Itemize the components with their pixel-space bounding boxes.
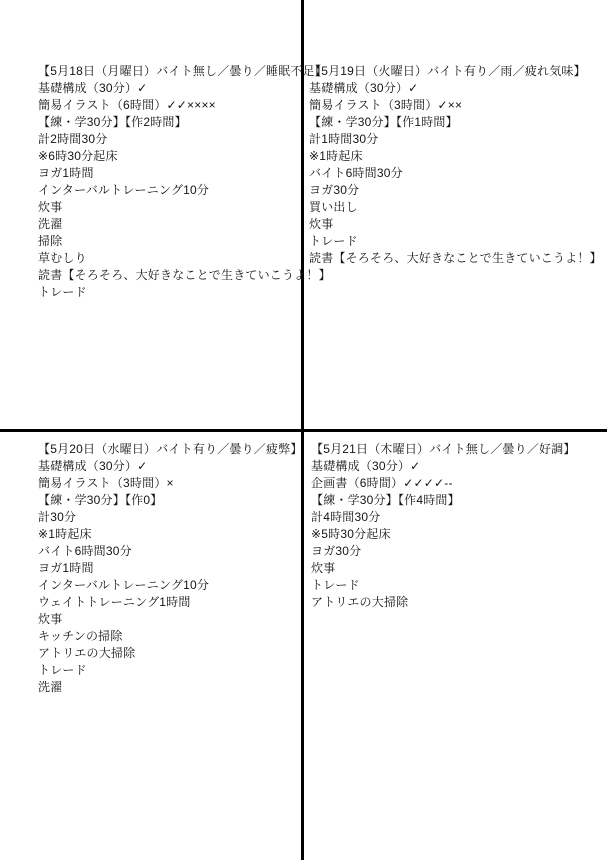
entry-line: バイト6時間30分	[309, 165, 602, 182]
entry-line: 簡易イラスト（6時間）✓✓××××	[38, 97, 331, 114]
entry-line: 読書【そろそろ、大好きなことで生きていこうよ！】	[38, 267, 331, 284]
entry-header: 【5月19日（火曜日）バイト有り／雨／疲れ気味】	[309, 63, 602, 80]
entry-line: トレード	[309, 233, 602, 250]
entry-line: 買い出し	[309, 199, 602, 216]
journal-page: 【5月18日（月曜日）バイト無し／曇り／睡眠不足】 基礎構成（30分）✓簡易イラ…	[0, 0, 607, 860]
entry-lines: 基礎構成（30分）✓簡易イラスト（6時間）✓✓××××【練・学30分】【作2時間…	[38, 80, 331, 301]
entry-line: 基礎構成（30分）✓	[38, 458, 303, 475]
entry-line: ※1時起床	[309, 148, 602, 165]
entry-line: トレード	[38, 662, 303, 679]
entry-header: 【5月21日（木曜日）バイト無し／曇り／好調】	[311, 441, 576, 458]
entry-line: ウェイトトレーニング1時間	[38, 594, 303, 611]
entry-line: ヨガ30分	[311, 543, 576, 560]
entry-line: 【練・学30分】【作0】	[38, 492, 303, 509]
entry-lines: 基礎構成（30分）✓簡易イラスト（3時間）×【練・学30分】【作0】計30分※1…	[38, 458, 303, 696]
entry-line: 【練・学30分】【作2時間】	[38, 114, 331, 131]
entry-line: 簡易イラスト（3時間）✓××	[309, 97, 602, 114]
entry-line: ※6時30分起床	[38, 148, 331, 165]
entry-line: インターバルトレーニング10分	[38, 577, 303, 594]
entry-line: 炊事	[309, 216, 602, 233]
entry-line: 草むしり	[38, 250, 331, 267]
entry-line: ※1時起床	[38, 526, 303, 543]
entry-line: 計1時間30分	[309, 131, 602, 148]
entry-line: 基礎構成（30分）✓	[38, 80, 331, 97]
entry-line: ヨガ1時間	[38, 560, 303, 577]
journal-entry-may21: 【5月21日（木曜日）バイト無し／曇り／好調】 基礎構成（30分）✓企画書（6時…	[311, 441, 576, 611]
entry-header: 【5月20日（水曜日）バイト有り／曇り／疲弊】	[38, 441, 303, 458]
entry-line: 【練・学30分】【作4時間】	[311, 492, 576, 509]
entry-line: ヨガ30分	[309, 182, 602, 199]
entry-lines: 基礎構成（30分）✓企画書（6時間）✓✓✓✓--【練・学30分】【作4時間】計4…	[311, 458, 576, 611]
entry-line: トレード	[38, 284, 331, 301]
entry-line: 炊事	[38, 611, 303, 628]
entry-line: 簡易イラスト（3時間）×	[38, 475, 303, 492]
journal-entry-may20: 【5月20日（水曜日）バイト有り／曇り／疲弊】 基礎構成（30分）✓簡易イラスト…	[38, 441, 303, 696]
entry-line: ヨガ1時間	[38, 165, 331, 182]
entry-line: 炊事	[311, 560, 576, 577]
journal-entry-may18: 【5月18日（月曜日）バイト無し／曇り／睡眠不足】 基礎構成（30分）✓簡易イラ…	[38, 63, 331, 301]
entry-line: 洗濯	[38, 679, 303, 696]
entry-line: ※5時30分起床	[311, 526, 576, 543]
entry-line: 計2時間30分	[38, 131, 331, 148]
entry-line: 読書【そろそろ、大好きなことで生きていこうよ！】	[309, 250, 602, 267]
entry-line: 炊事	[38, 199, 331, 216]
entry-lines: 基礎構成（30分）✓簡易イラスト（3時間）✓××【練・学30分】【作1時間】計1…	[309, 80, 602, 267]
entry-line: 洗濯	[38, 216, 331, 233]
entry-line: 掃除	[38, 233, 331, 250]
entry-line: アトリエの大掃除	[38, 645, 303, 662]
entry-line: 計30分	[38, 509, 303, 526]
entry-line: 基礎構成（30分）✓	[311, 458, 576, 475]
journal-entry-may19: 【5月19日（火曜日）バイト有り／雨／疲れ気味】 基礎構成（30分）✓簡易イラス…	[309, 63, 602, 267]
entry-header: 【5月18日（月曜日）バイト無し／曇り／睡眠不足】	[38, 63, 331, 80]
entry-line: 企画書（6時間）✓✓✓✓--	[311, 475, 576, 492]
entry-line: インターバルトレーニング10分	[38, 182, 331, 199]
horizontal-divider	[0, 429, 607, 432]
entry-line: トレード	[311, 577, 576, 594]
entry-line: キッチンの掃除	[38, 628, 303, 645]
entry-line: バイト6時間30分	[38, 543, 303, 560]
entry-line: アトリエの大掃除	[311, 594, 576, 611]
entry-line: 計4時間30分	[311, 509, 576, 526]
entry-line: 【練・学30分】【作1時間】	[309, 114, 602, 131]
entry-line: 基礎構成（30分）✓	[309, 80, 602, 97]
